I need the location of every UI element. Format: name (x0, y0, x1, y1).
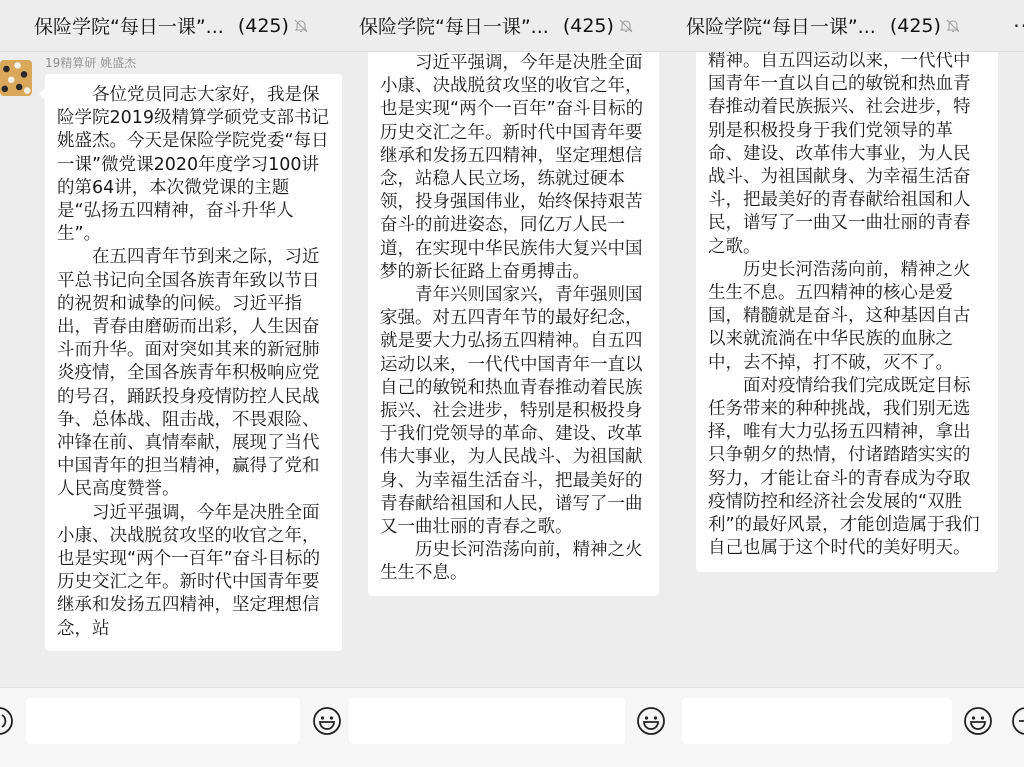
plus-icon[interactable] (1011, 706, 1024, 736)
message-paragraph: 习近平强调，今年是决胜全面小康、决战脱贫攻坚的收官之年，也是实现“两个一百年”奋… (57, 502, 330, 641)
chat-screen-3: 保险学院“每日一课”... (425) ·· 精神。自五四运动以来，一代代中国青… (680, 0, 1024, 767)
voice-icon[interactable] (0, 706, 14, 736)
message-paragraph: 面对疫情给我们完成既定目标任务带来的种种挑战，我们别无选择，唯有大力弘扬五四精神… (708, 375, 986, 561)
message-bubble[interactable]: 精神。自五四运动以来，一代代中国青年一直以自己的敏锐和热血青春推动着民族振兴、社… (696, 52, 998, 572)
message-paragraph: 历史长河浩荡向前，精神之火生生不息。五四精神的核心是爱国，精髓就是奋斗，这种基因… (708, 259, 986, 375)
sender-name: 19精算研 姚盛杰 (45, 54, 136, 71)
mute-bell-icon (618, 18, 634, 34)
message-list[interactable]: 习近平强调，今年是决胜全面小康、决战脱贫攻坚的收官之年，也是实现“两个一百年”奋… (345, 52, 680, 687)
chat-header: 保险学院“每日一课”... (425) (345, 0, 680, 52)
message-bubble[interactable]: 习近平强调，今年是决胜全面小康、决战脱贫攻坚的收官之年，也是实现“两个一百年”奋… (368, 52, 659, 596)
message-paragraph: 青年兴则国家兴，青年强则国家强。对五四青年节的最好纪念，就是要大力弘扬五四精神。… (380, 284, 647, 539)
message-list[interactable]: 精神。自五四运动以来，一代代中国青年一直以自己的敏锐和热血青春推动着民族振兴、社… (680, 52, 1024, 687)
member-count: (425) (563, 15, 614, 37)
message-input[interactable] (349, 698, 625, 744)
input-bar (345, 687, 680, 767)
mute-bell-icon (293, 18, 309, 34)
emoji-icon[interactable] (312, 706, 342, 736)
member-count: (425) (890, 15, 941, 37)
message-paragraph: 习近平强调，今年是决胜全面小康、决战脱贫攻坚的收官之年，也是实现“两个一百年”奋… (380, 52, 647, 284)
message-paragraph: 精神。自五四运动以来，一代代中国青年一直以自己的敏锐和热血青春推动着民族振兴、社… (708, 52, 986, 259)
message-paragraph: 在五四青年节到来之际，习近平总书记向全国各族青年致以节日的祝贺和诚挚的问候。习近… (57, 246, 330, 501)
message-bubble[interactable]: 各位党员同志大家好，我是保险学院2019级精算学硕党支部书记姚盛杰。今天是保险学… (45, 74, 342, 651)
input-bar (680, 687, 1024, 767)
more-options-icon[interactable]: ·· (1013, 14, 1024, 38)
emoji-icon[interactable] (963, 706, 993, 736)
mute-bell-icon (945, 18, 961, 34)
message-input[interactable] (26, 698, 300, 744)
chat-title: 保险学院“每日一课”... (34, 12, 224, 39)
message-paragraph: 各位党员同志大家好，我是保险学院2019级精算学硕党支部书记姚盛杰。今天是保险学… (57, 84, 330, 246)
message-list[interactable]: 19精算研 姚盛杰 各位党员同志大家好，我是保险学院2019级精算学硕党支部书记… (0, 52, 345, 687)
chat-screen-1: 保险学院“每日一课”... (425) 19精算研 姚盛杰 各位党员同志大家好，… (0, 0, 345, 767)
avatar[interactable] (0, 60, 32, 96)
message-input[interactable] (682, 698, 952, 744)
chat-header: 保险学院“每日一课”... (425) (0, 0, 345, 52)
emoji-icon[interactable] (636, 706, 666, 736)
message-paragraph: 历史长河浩荡向前，精神之火生生不息。 (380, 539, 647, 585)
chat-header: 保险学院“每日一课”... (425) ·· (680, 0, 1024, 52)
chat-screen-2: 保险学院“每日一课”... (425) 习近平强调，今年是决胜全面小康、决战脱贫… (345, 0, 680, 767)
chat-title: 保险学院“每日一课”... (359, 12, 549, 39)
chat-title: 保险学院“每日一课”... (686, 12, 876, 39)
member-count: (425) (238, 15, 289, 37)
input-bar (0, 687, 345, 767)
